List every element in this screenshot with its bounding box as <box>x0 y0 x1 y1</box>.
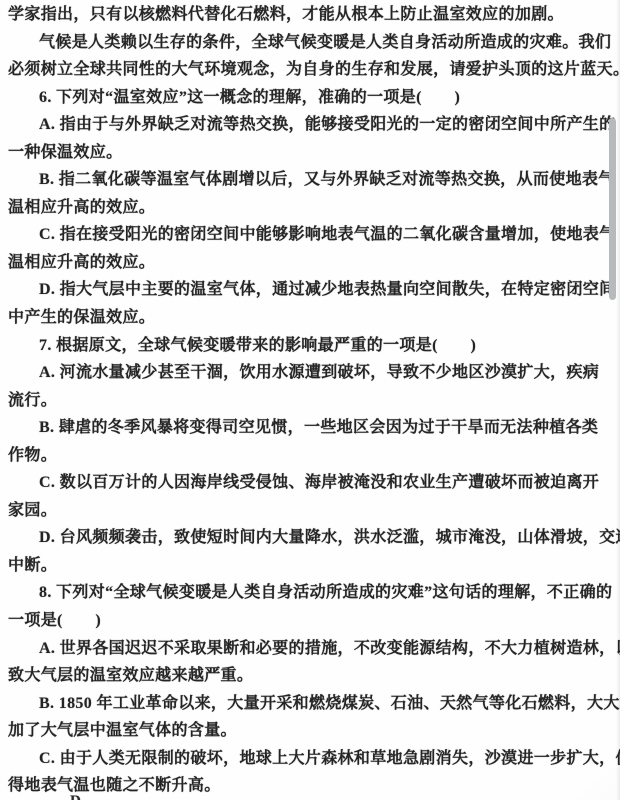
text-line: 气候是人类赖以生存的条件，全球气候变暖是人类自身活动所造成的灾难。我们 <box>0 29 620 57</box>
text-line: 作物。 <box>0 442 620 470</box>
text-line: B. 1850 年工业革命以来，大量开采和燃烧煤炭、石油、天然气等化石燃料，大大… <box>0 690 620 718</box>
text-line: 温相应升高的效应。 <box>0 194 620 222</box>
text-line: A. 世界各国迟迟不采取果断和必要的措施，不改变能源结构，不大力植树造林，以 <box>0 635 620 663</box>
text-line: C. 指在接受阳光的密闭空间中能够影响地表气温的二氧化碳含量增加，使地表气 <box>0 221 620 249</box>
text-line: C. 由于人类无限制的破坏，地球上大片森林和草地急剧消失，沙漠进一步扩大，使 <box>0 745 620 773</box>
text-line: 学家指出，只有以核燃料代替化石燃料，才能从根本上防止温室效应的加剧。 <box>0 1 620 29</box>
text-line: 一种保温效应。 <box>0 139 620 167</box>
document-text: 学家指出，只有以核燃料代替化石燃料，才能从根本上防止温室效应的加剧。气候是人类赖… <box>0 1 620 800</box>
text-line: A. 指由于与外界缺乏对流等热交换，能够接受阳光的一定的密闭空间中所产生的 <box>0 111 620 139</box>
text-line: 8. 下列对“全球气候变暖是人类自身活动所造成的灾难”这句话的理解，不正确的 <box>0 579 620 607</box>
text-line: 一项是( ) <box>0 607 620 635</box>
text-line: 7. 根据原文，全球气候变暖带来的影响最严重的一项是( ) <box>0 332 620 360</box>
text-line: 必须树立全球共同性的大气环境观念，为自身的生存和发展，请爱护头顶的这片蓝天。 <box>0 56 620 84</box>
text-line: A. 河流水量减少甚至干涸，饮用水源遭到破坏，导致不少地区沙漠扩大，疾病 <box>0 359 620 387</box>
scrollbar-thumb[interactable] <box>609 118 616 300</box>
text-line: 温相应升高的效应。 <box>0 249 620 277</box>
text-line: C. 数以百万计的人因海岸线受侵蚀、海岸被淹没和农业生产遭破坏而被迫离开 <box>0 469 620 497</box>
text-line: 中产生的保温效应。 <box>0 304 620 332</box>
text-line: 6. 下列对“温室效应”这一概念的理解，准确的一项是( ) <box>0 84 620 112</box>
text-line: B. 肆虐的冬季风暴将变得司空见惯，一些地区会因为过于干旱而无法种植各类 <box>0 414 620 442</box>
text-line: D. 台风频频袭击，致使短时间内大量降水，洪水泛滥，城市淹没，山体滑坡，交通 <box>0 524 620 552</box>
text-line: 致大气层的温室效应越来越严重。 <box>0 662 620 690</box>
next-line-fragment: D. <box>70 793 85 800</box>
text-line: 加了大气层中温室气体的含量。 <box>0 717 620 745</box>
text-line: 家园。 <box>0 497 620 525</box>
text-line: 得地表气温也随之不断升高。 <box>0 772 620 800</box>
text-line: B. 指二氧化碳等温室气体剧增以后，又与外界缺乏对流等热交换，从而使地表气 <box>0 166 620 194</box>
document-viewer: 学家指出，只有以核燃料代替化石燃料，才能从根本上防止温室效应的加剧。气候是人类赖… <box>0 0 620 800</box>
text-line: 流行。 <box>0 387 620 415</box>
text-line: D. 指大气层中主要的温室气体，通过减少地表热量向空间散失，在特定密闭空间 <box>0 276 620 304</box>
text-line: 中断。 <box>0 552 620 580</box>
